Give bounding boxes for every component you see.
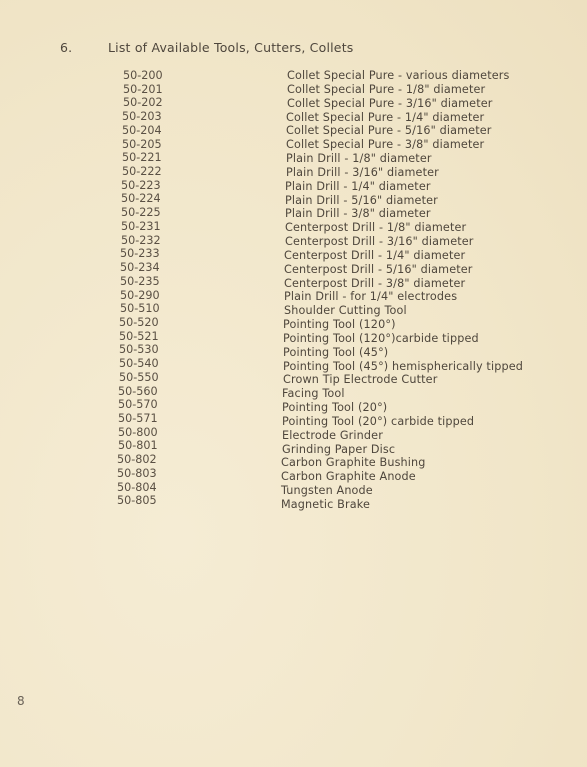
part-number: 50-530 [119, 343, 159, 357]
list-item: 50-232Centerpost Drill - 3/16" diameter [0, 234, 587, 248]
part-number: 50-801 [118, 439, 158, 453]
list-item: 50-521Pointing Tool (120°)carbide tipped [0, 330, 587, 344]
section-heading: 6.List of Available Tools, Cutters, Coll… [60, 40, 354, 55]
section-number: 6. [60, 40, 108, 55]
part-number: 50-570 [118, 398, 158, 412]
list-item: 50-235Centerpost Drill - 3/8" diameter [0, 275, 587, 289]
list-item: 50-200Collet Special Pure - various diam… [0, 69, 587, 83]
part-number: 50-203 [122, 110, 162, 124]
list-item: 50-550Crown Tip Electrode Cutter [0, 371, 587, 385]
list-item: 50-802Carbon Graphite Bushing [0, 453, 587, 467]
part-number: 50-231 [121, 220, 161, 234]
part-number: 50-540 [119, 357, 159, 371]
part-number: 50-800 [118, 426, 158, 440]
part-number: 50-804 [117, 481, 157, 495]
list-item: 50-570Pointing Tool (20°) [0, 398, 587, 412]
part-description: Collet Special Pure - 5/16" diameter [286, 124, 492, 138]
part-description: Collet Special Pure - 3/8" diameter [286, 138, 484, 152]
part-number: 50-520 [119, 316, 159, 330]
list-item: 50-233Centerpost Drill - 1/4" diameter [0, 247, 587, 261]
list-item: 50-803Carbon Graphite Anode [0, 467, 587, 481]
list-item: 50-222Plain Drill - 3/16" diameter [0, 165, 587, 179]
part-description: Magnetic Brake [281, 498, 370, 512]
list-item: 50-205Collet Special Pure - 3/8" diamete… [0, 138, 587, 152]
part-description: Collet Special Pure - 1/8" diameter [287, 83, 485, 97]
list-item: 50-805Magnetic Brake [0, 494, 587, 508]
list-item: 50-203Collet Special Pure - 1/4" diamete… [0, 110, 587, 124]
part-number: 50-205 [122, 138, 162, 152]
list-item: 50-223Plain Drill - 1/4" diameter [0, 179, 587, 193]
part-description: Collet Special Pure - 3/16" diameter [287, 97, 493, 111]
part-description: Plain Drill - 3/16" diameter [286, 166, 439, 180]
part-number: 50-802 [117, 453, 157, 467]
part-number: 50-550 [119, 371, 159, 385]
part-number: 50-571 [118, 412, 158, 426]
list-item: 50-530Pointing Tool (45°) [0, 343, 587, 357]
list-item: 50-540Pointing Tool (45°) hemisphericall… [0, 357, 587, 371]
part-number: 50-560 [118, 385, 158, 399]
list-item: 50-520Pointing Tool (120°) [0, 316, 587, 330]
list-item: 50-204Collet Special Pure - 5/16" diamet… [0, 124, 587, 138]
list-item: 50-510Shoulder Cutting Tool [0, 302, 587, 316]
list-item: 50-202Collet Special Pure - 3/16" diamet… [0, 96, 587, 110]
part-number: 50-234 [120, 261, 160, 275]
part-number: 50-805 [117, 494, 157, 508]
part-number: 50-232 [121, 234, 161, 248]
list-item: 50-571Pointing Tool (20°) carbide tipped [0, 412, 587, 426]
list-item: 50-224Plain Drill - 5/16" diameter [0, 192, 587, 206]
list-item: 50-234Centerpost Drill - 5/16" diameter [0, 261, 587, 275]
list-item: 50-801Grinding Paper Disc [0, 439, 587, 453]
part-number: 50-222 [122, 165, 162, 179]
list-item: 50-290Plain Drill - for 1/4" electrodes [0, 289, 587, 303]
part-number: 50-224 [121, 192, 161, 206]
part-number: 50-803 [117, 467, 157, 481]
page-number: 8 [17, 694, 25, 708]
part-description: Plain Drill - 1/4" diameter [285, 180, 431, 194]
part-number: 50-221 [122, 151, 162, 165]
part-number: 50-290 [120, 289, 160, 303]
part-number: 50-202 [123, 96, 163, 110]
part-number: 50-204 [122, 124, 162, 138]
part-description: Collet Special Pure - various diameters [287, 69, 510, 83]
part-number: 50-510 [120, 302, 160, 316]
list-item: 50-560Facing Tool [0, 385, 587, 399]
list-item: 50-800Electrode Grinder [0, 426, 587, 440]
part-number: 50-233 [120, 247, 160, 261]
list-item: 50-201Collet Special Pure - 1/8" diamete… [0, 83, 587, 97]
list-item: 50-231Centerpost Drill - 1/8" diameter [0, 220, 587, 234]
list-item: 50-225Plain Drill - 3/8" diameter [0, 206, 587, 220]
list-item: 50-221Plain Drill - 1/8" diameter [0, 151, 587, 165]
part-description: Plain Drill - 1/8" diameter [286, 152, 432, 166]
list-item: 50-804Tungsten Anode [0, 481, 587, 495]
part-number: 50-200 [123, 69, 163, 83]
part-number: 50-521 [119, 330, 159, 344]
section-title: List of Available Tools, Cutters, Collet… [108, 40, 354, 55]
part-number: 50-201 [123, 83, 163, 97]
tool-list: 50-200Collet Special Pure - various diam… [0, 69, 587, 508]
part-number: 50-225 [121, 206, 161, 220]
part-number: 50-223 [121, 179, 161, 193]
part-description: Collet Special Pure - 1/4" diameter [286, 111, 484, 125]
part-number: 50-235 [120, 275, 160, 289]
